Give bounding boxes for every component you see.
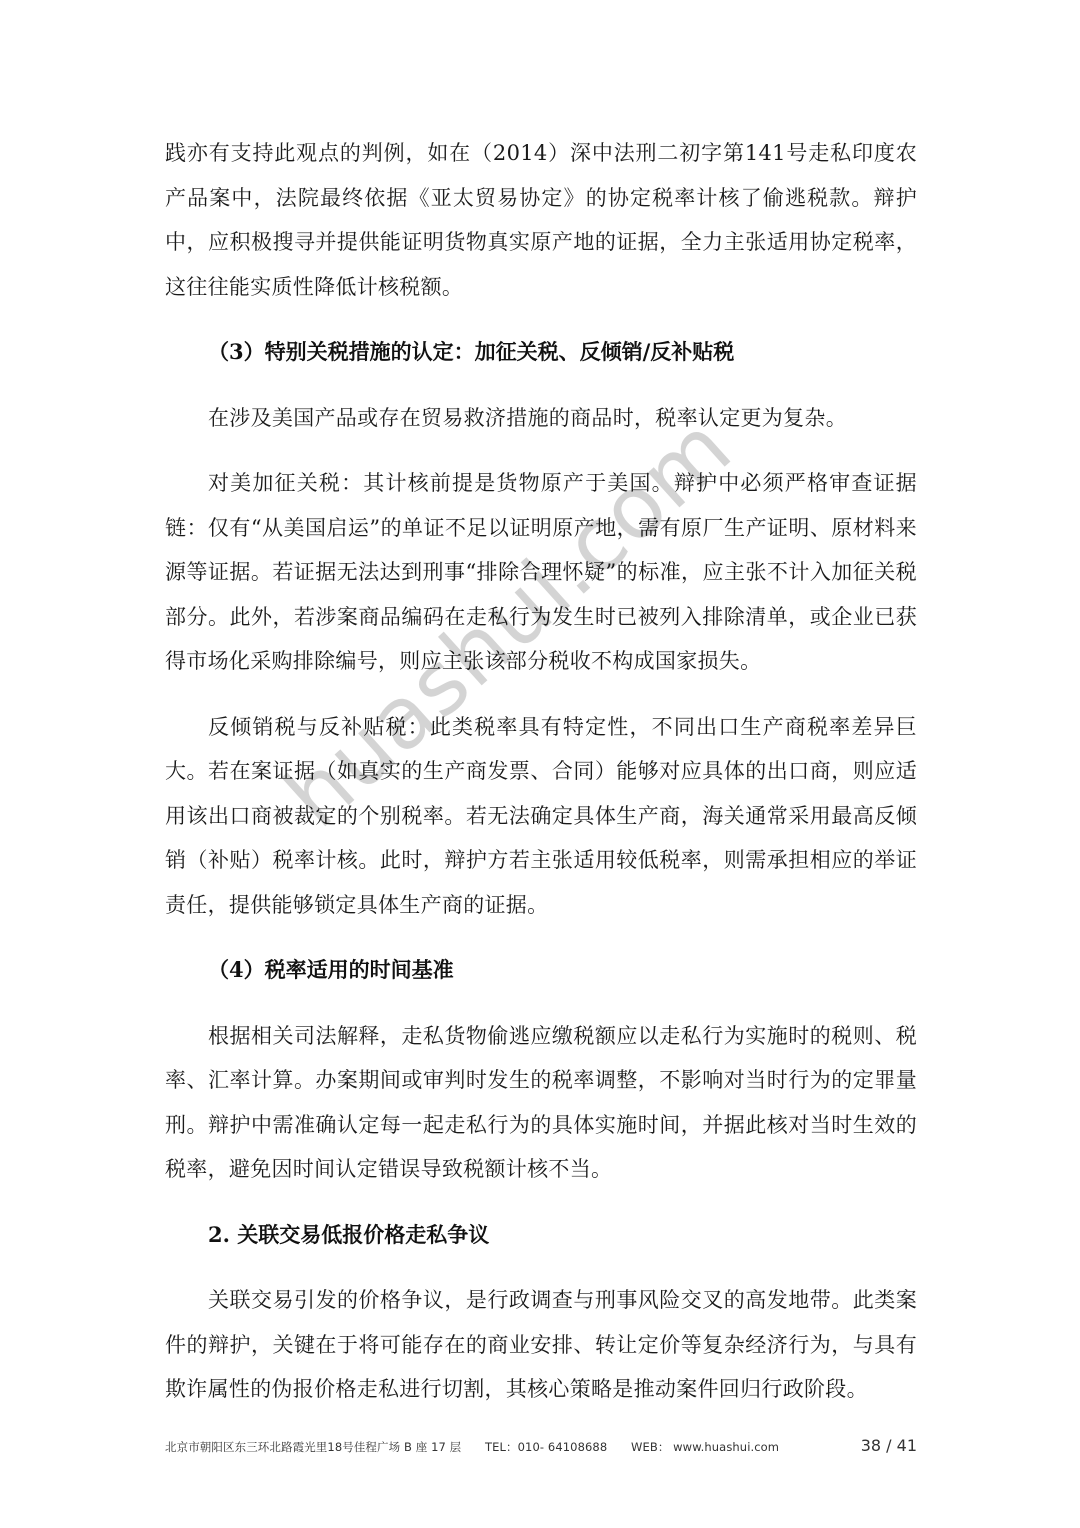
- footer-web: WEB： www.huashui.com: [631, 1440, 779, 1454]
- paragraph-origin-rate-case: 践亦有支持此观点的判例，如在（2014）深中法刑二初字第141号走私印度农产品案…: [165, 131, 917, 309]
- page-footer: 北京市朝阳区东三环北路霞光里18号佳程广场 B 座 17 层 TEL：010- …: [165, 1436, 917, 1458]
- spacer: [165, 1257, 917, 1278]
- page-number-indicator: 38 / 41: [861, 1436, 917, 1455]
- document-page: 践亦有支持此观点的判例，如在（2014）深中法刑二初字第141号走私印度农产品案…: [0, 0, 1080, 1528]
- footer-contact-info: 北京市朝阳区东三环北路霞光里18号佳程广场 B 座 17 层 TEL：010- …: [165, 1439, 799, 1455]
- spacer: [165, 993, 917, 1014]
- spacer: [165, 1192, 917, 1213]
- page-body: 践亦有支持此观点的判例，如在（2014）深中法刑二初字第141号走私印度农产品案…: [165, 131, 917, 1412]
- paragraph-related-party-pricing: 关联交易引发的价格争议，是行政调查与刑事风险交叉的高发地带。此类案件的辩护，关键…: [165, 1278, 917, 1412]
- spacer: [165, 440, 917, 461]
- spacer: [165, 375, 917, 396]
- footer-tel: TEL：010- 64108688: [485, 1440, 607, 1454]
- paragraph-time-basis: 根据相关司法解释，走私货物偷逃应缴税额应以走私行为实施时的税则、税率、汇率计算。…: [165, 1014, 917, 1192]
- footer-address: 北京市朝阳区东三环北路霞光里18号佳程广场 B 座 17 层: [165, 1440, 461, 1454]
- paragraph-tariff-complexity: 在涉及美国产品或存在贸易救济措施的商品时，税率认定更为复杂。: [165, 396, 917, 441]
- section-heading-related-party-pricing: 2. 关联交易低报价格走私争议: [165, 1213, 917, 1258]
- section-heading-time-basis: （4）税率适用的时间基准: [165, 948, 917, 993]
- paragraph-antidumping-countervailing: 反倾销税与反补贴税：此类税率具有特定性，不同出口生产商税率差异巨大。若在案证据（…: [165, 705, 917, 928]
- spacer: [165, 927, 917, 948]
- paragraph-us-additional-tariffs: 对美加征关税：其计核前提是货物原产于美国。辩护中必须严格审查证据链：仅有“从美国…: [165, 461, 917, 684]
- spacer: [165, 309, 917, 330]
- section-heading-special-tariffs: （3）特别关税措施的认定：加征关税、反倾销/反补贴税: [165, 330, 917, 375]
- spacer: [165, 684, 917, 705]
